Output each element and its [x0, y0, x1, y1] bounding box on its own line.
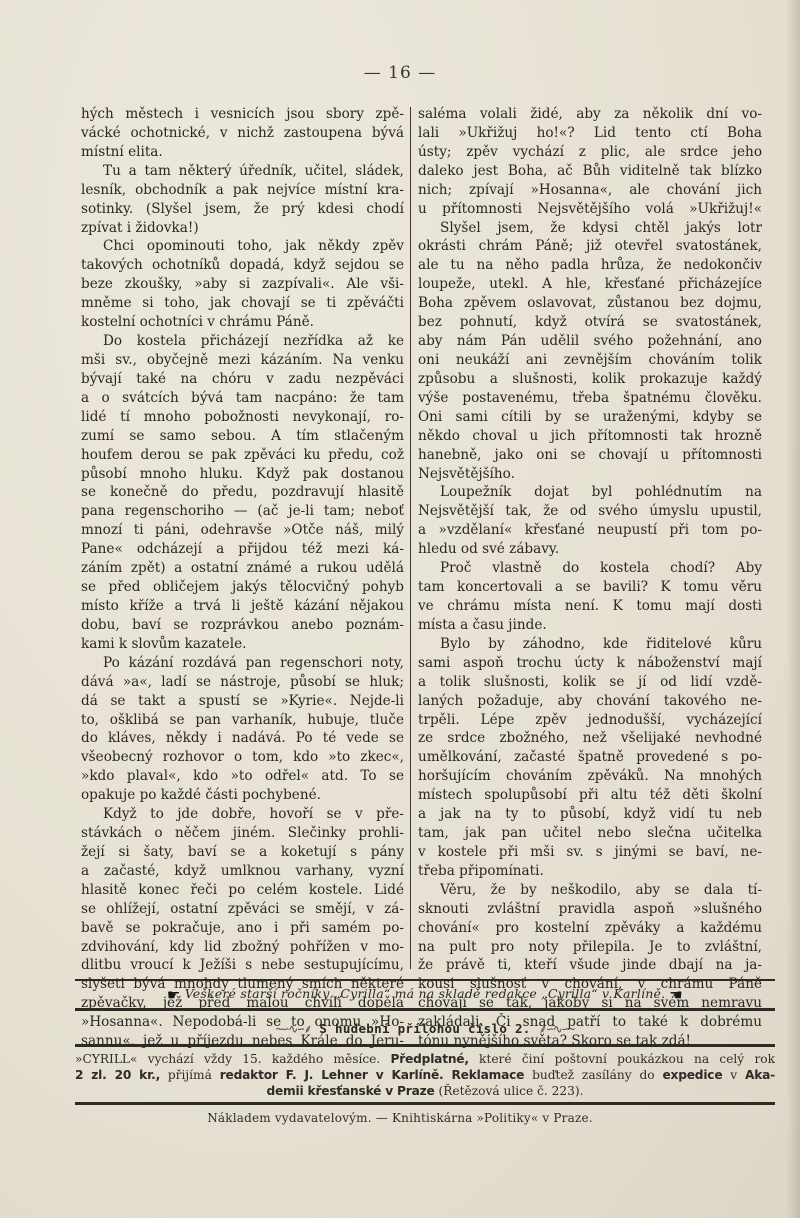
- text-line: záním zpět) a ostatní známé a rukou uděl…: [81, 559, 404, 578]
- text-line: působí mnoho hluku. Když pak dostanou: [81, 465, 404, 484]
- text-line: Nejsvětějšího.: [418, 465, 762, 484]
- text-line: Nejsvětější tak, že od svého úmyslu upus…: [418, 502, 762, 521]
- text-line: místní elita.: [81, 143, 404, 162]
- text-line: místech spolupůsobí při altu též děti šk…: [418, 786, 762, 805]
- text-line: loupeže, utekl. A hle, křesťané přicháze…: [418, 275, 762, 294]
- text-line: hlasitě konec řeči po celém kostele. Lid…: [81, 881, 404, 900]
- text-line: kostelní ochotníci v chrámu Páně.: [81, 313, 404, 332]
- text-line: bez pohnutí, když otvírá se svatostánek,: [418, 313, 762, 332]
- text-line: aby nám Pán udělil svého požehnání, ano: [418, 332, 762, 351]
- text-line: se ohlížejí, ostatní zpěváci se smějí, v…: [81, 900, 404, 919]
- text-line: hých městech i vesnicích jsou sbory zpě-: [81, 105, 404, 124]
- music-supplement-notice: ~∽∿∽⸙ S hudební přílohou číslo 2. ⸙∽∿∽~: [75, 1020, 775, 1037]
- text-line: zumí se samo sebou. A tím stlačeným: [81, 427, 404, 446]
- pointing-hand-right-icon: ☛: [167, 986, 181, 1004]
- footer-rule-3: [75, 1044, 775, 1047]
- text-line: způsobu a slušnosti, kolik prokazuje kaž…: [418, 370, 762, 389]
- text-line: v kostele při mši sv. s jinými se baví, …: [418, 843, 762, 862]
- text-run: které činí poštovní poukázkou na celý ro…: [469, 1052, 775, 1066]
- printer-imprint: Nákladem vydavatelovým. — Knihtiskárna »…: [0, 1111, 800, 1125]
- music-supplement-text: S hudební přílohou číslo 2.: [319, 1021, 530, 1036]
- text-line: saléma volali židé, aby za několik dní v…: [418, 105, 762, 124]
- text-line: na pult pro noty přilepila. Je to zvlášt…: [418, 938, 762, 957]
- text-line: dobu, baví se rozprávkou anebo poznám-: [81, 616, 404, 635]
- text-line: bavě se pokračuje, ano i při samém po-: [81, 919, 404, 938]
- text-line: hledu od své zábavy.: [418, 540, 762, 559]
- text-line: dává »a«, ladí se nástroje, působí se hl…: [81, 673, 404, 692]
- bold-text-run: Aka-: [745, 1068, 775, 1082]
- text-line: Po kázání rozdává pan regenschori noty,: [81, 654, 404, 673]
- text-line: dá se takt a spustí se »Kyrie«. Nejde-li: [81, 692, 404, 711]
- ornament-right-icon: ⸙∽∿∽~: [538, 1022, 574, 1036]
- footer-rule-2: [75, 1008, 775, 1011]
- text-line: sknouti zvláštní pravidla aspoň »slušnéh…: [418, 900, 762, 919]
- text-line: se před obličejem jakýs tělocvičný pohyb: [81, 578, 404, 597]
- text-line: laných požaduje, aby chování takového ne…: [418, 692, 762, 711]
- text-line: kami k slovům kazatele.: [81, 635, 404, 654]
- text-line: stávkách o něčem jiném. Slečinky prohli-: [81, 824, 404, 843]
- text-line: Věru, že by neškodilo, aby se dala tí-: [418, 881, 762, 900]
- text-run: v: [722, 1068, 745, 1082]
- column-divider: [410, 107, 411, 969]
- text-line: trpěli. Lépe zpěv jednodušší, vycházejíc…: [418, 711, 762, 730]
- text-line: u přítomnosti Nejsvětějšího volá »Ukřižu…: [418, 200, 762, 219]
- text-line: zpívat i židovka!): [81, 219, 404, 238]
- subscription-line-3: demii křesťanské v Praze (Řetězová ulice…: [75, 1084, 775, 1100]
- text-line: všeobecný rozhovor o tom, kdo »to zkec«,: [81, 748, 404, 767]
- text-line: místo kříže a trvá li ještě kázání nějak…: [81, 597, 404, 616]
- text-line: Proč vlastně do kostela chodí? Aby: [418, 559, 762, 578]
- text-line: žejí si šaty, baví se a koketují s pány: [81, 843, 404, 862]
- back-issues-notice: ☛ Veškeré starší ročníky „Cyrilla“ má na…: [75, 986, 775, 1004]
- text-line: ze srdce zbožného, než všelijaké nevhodn…: [418, 729, 762, 748]
- text-line: vácké ochotnické, v nichž zastoupena býv…: [81, 124, 404, 143]
- subscription-line-1: »CYRILL« vychází vždy 15. každého měsíce…: [75, 1052, 775, 1068]
- text-line: někdo choval u jich přítomnosti tak hroz…: [418, 427, 762, 446]
- bold-text-run: redaktor F. J. Lehner v Karlíně. Reklama…: [220, 1068, 525, 1082]
- text-line: výše postavenému, třeba špatnému člověku…: [418, 389, 762, 408]
- text-line: lesník, obchodník a pak nejvíce místní k…: [81, 181, 404, 200]
- text-line: mnozí ti páni, odehravše »Otče náš, milý: [81, 521, 404, 540]
- text-run: »CYRILL« vychází vždy 15. každého měsíce…: [75, 1052, 391, 1066]
- text-line: horšujícím chováním zpěváků. Na mnohých: [418, 767, 762, 786]
- text-line: hanebně, jako oni se chovají u přítomnos…: [418, 446, 762, 465]
- text-line: a o svátcích bývá tam nacpáno: že tam: [81, 389, 404, 408]
- text-line: sotinky. (Slyšel jsem, že prý kdesi chod…: [81, 200, 404, 219]
- text-line: tam, jak pan učitel nebo slečna učitelka: [418, 824, 762, 843]
- text-line: zdvihování, kdy lid zbožný pohřížen v mo…: [81, 938, 404, 957]
- text-line: Bylo by záhodno, kde řiditelové kůru: [418, 635, 762, 654]
- bold-text-run: 2 zl. 20 kr.,: [75, 1068, 160, 1082]
- text-line: to, ošklibá se pan varhaník, hubuje, tlu…: [81, 711, 404, 730]
- subscription-info: »CYRILL« vychází vždy 15. každého měsíce…: [75, 1052, 775, 1099]
- back-issues-notice-text: Veškeré starší ročníky „Cyrilla“ má na s…: [185, 986, 666, 1001]
- text-line: do kláves, někdy i nadává. Po té vede se: [81, 729, 404, 748]
- text-line: místa a času jinde.: [418, 616, 762, 635]
- text-line: třeba připomínati.: [418, 862, 762, 881]
- text-line: opakuje po každé části pochybené.: [81, 786, 404, 805]
- text-run: přijímá: [160, 1068, 220, 1082]
- text-run: buďtež zasílány do: [524, 1068, 662, 1082]
- bold-text-run: expedice: [662, 1068, 722, 1082]
- text-line: »kdo plaval«, kdo »to odřel« atd. To se: [81, 767, 404, 786]
- text-line: tam koncertovali a se bavili? K tomu věr…: [418, 578, 762, 597]
- text-line: ale tu na něho padla hrůza, že nedokonči…: [418, 256, 762, 275]
- text-line: mši sv., obyčejně mezi kázáním. Na venku: [81, 351, 404, 370]
- text-line: pana regenschoriho — (ač je-li tam; nebo…: [81, 502, 404, 521]
- pointing-hand-left-icon: ☛: [669, 986, 683, 1004]
- footer-rule-4: [75, 1102, 775, 1105]
- page-edge-shadow: [786, 0, 800, 1218]
- text-line: se konečně do předu, pozdravují hlasitě: [81, 483, 404, 502]
- text-line: ve chrámu místa není. K tomu mají dosti: [418, 597, 762, 616]
- text-line: okrásti chrám Páně; již otevřel svatostá…: [418, 237, 762, 256]
- text-line: Oni sami cítili by se uraženými, kdyby s…: [418, 408, 762, 427]
- article-body: hých městech i vesnicích jsou sbory zpě-…: [81, 105, 779, 975]
- text-line: že právě ti, kteří všude jinde dbají na …: [418, 956, 762, 975]
- subscription-line-2: 2 zl. 20 kr., přijímá redaktor F. J. Leh…: [75, 1068, 775, 1084]
- footer-rule-top: [75, 979, 775, 981]
- text-line: a začasté, když umlknou varhany, vyzní: [81, 862, 404, 881]
- text-line: nich; zpívají »Hosanna«, ale chování jic…: [418, 181, 762, 200]
- text-line: beze zkoušky, »aby si zazpívali«. Ale vš…: [81, 275, 404, 294]
- text-line: dlitbu vroucí k Ježíši s nebe sestupujíc…: [81, 956, 404, 975]
- left-column: hých městech i vesnicích jsou sbory zpě-…: [81, 105, 404, 1051]
- text-line: lali »Ukřižuj ho!«? Lid tento ctí Boha: [418, 124, 762, 143]
- text-line: Loupežník dojat byl pohlédnutím na: [418, 483, 762, 502]
- text-line: a jak na ty to působí, když vidí tu neb: [418, 805, 762, 824]
- text-line: chování« pro kostelní zpěváky a každému: [418, 919, 762, 938]
- text-line: houfem derou se pak zpěváci ku předu, co…: [81, 446, 404, 465]
- text-line: takových ochotníků dopadá, když sejdou s…: [81, 256, 404, 275]
- text-line: Když to jde dobře, hovoří se v pře-: [81, 805, 404, 824]
- bold-text-run: Předplatné,: [391, 1052, 469, 1066]
- text-line: oni neukáží ani zevnějším chováním tolik: [418, 351, 762, 370]
- text-line: sami aspoň trochu úcty k náboženství maj…: [418, 654, 762, 673]
- text-line: Slyšel jsem, že kdysi chtěl jakýs lotr: [418, 219, 762, 238]
- text-line: mněme si toho, jak chovají se ti zpěváčt…: [81, 294, 404, 313]
- page-number: — 16 —: [0, 63, 800, 83]
- right-column: saléma volali židé, aby za několik dní v…: [418, 105, 762, 1051]
- text-line: Tu a tam některý úředník, učitel, sládek…: [81, 162, 404, 181]
- text-line: Boha zpěvem oslavovat, zůstanou bez dojm…: [418, 294, 762, 313]
- bold-text-run: demii křesťanské v Praze: [266, 1084, 434, 1098]
- ornament-left-icon: ~∽∿∽⸙: [276, 1022, 312, 1036]
- text-line: Pane« odcházejí a přijdou též mezi ká-: [81, 540, 404, 559]
- text-line: lidé tí mnoho pobožnosti nevykonají, ro-: [81, 408, 404, 427]
- text-line: daleko jest Boha, ač Bůh viditelně tak b…: [418, 162, 762, 181]
- text-line: a »vzdělaní« křesťané neupustí při tom p…: [418, 521, 762, 540]
- text-line: ústy; zpěv vychází z plic, ale srdce jeh…: [418, 143, 762, 162]
- text-line: Do kostela přicházejí nezřídka až ke: [81, 332, 404, 351]
- text-line: a tolik slušnosti, kolik se jí od lidí v…: [418, 673, 762, 692]
- text-line: bývají také na chóru v zadu nezpěváci: [81, 370, 404, 389]
- text-line: umělkování, začasté špatně provedené s p…: [418, 748, 762, 767]
- text-line: Chci opominouti toho, jak někdy zpěv: [81, 237, 404, 256]
- text-run: (Řetězová ulice č. 223).: [435, 1084, 584, 1098]
